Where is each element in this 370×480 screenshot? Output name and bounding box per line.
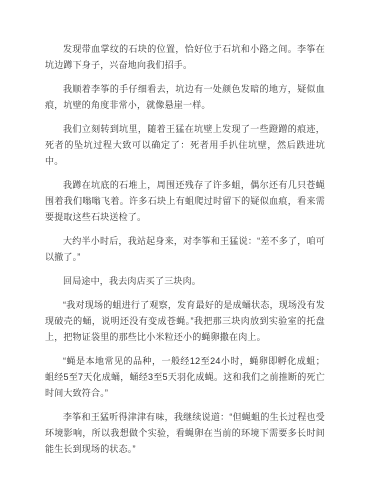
paragraph: “蝇是本地常见的品种，一般经12至24小时，蝇卵即孵化成蛆；蛆经5至7天化成蛹，…	[45, 353, 325, 401]
paragraph: 回局途中，我去肉店买了三块肉。	[45, 273, 325, 289]
reader-page: 发现带血掌纹的石块的位置，恰好位于石坑和小路之间。李筝在坑边蹲下身子，兴奋地向我…	[0, 0, 370, 480]
paragraph: 我蹲在坑底的石堆上，周围还残存了许多蛆，偶尔还有几只苍蝇围着我们嗡嗡飞着。许多石…	[45, 177, 325, 225]
paragraph: 我顺着李筝的手仔细看去，坑边有一处颜色发暗的地方，疑似血痕，坑壁的角度非常小，就…	[45, 81, 325, 113]
paragraph: 大约半小时后，我站起身来，对李筝和王猛说：“差不多了，咱可以撤了。”	[45, 233, 325, 265]
paragraph: 发现带血掌纹的石块的位置，恰好位于石坑和小路之间。李筝在坑边蹲下身子，兴奋地向我…	[45, 41, 325, 73]
paragraph: “我对现场的蛆进行了观察，发育最好的是成蛹状态，现场没有发现破壳的蛹，说明还没有…	[45, 297, 325, 345]
paragraph: 我们立刻转到坑里，随着王猛在坑壁上发现了一些蹬蹭的痕迹，死者的坠坑过程大致可以确…	[45, 121, 325, 169]
paragraph: 李筝和王猛听得津津有味，我继续说道：“但蝇蛆的生长过程也受环境影响，所以我想做个…	[45, 409, 325, 457]
